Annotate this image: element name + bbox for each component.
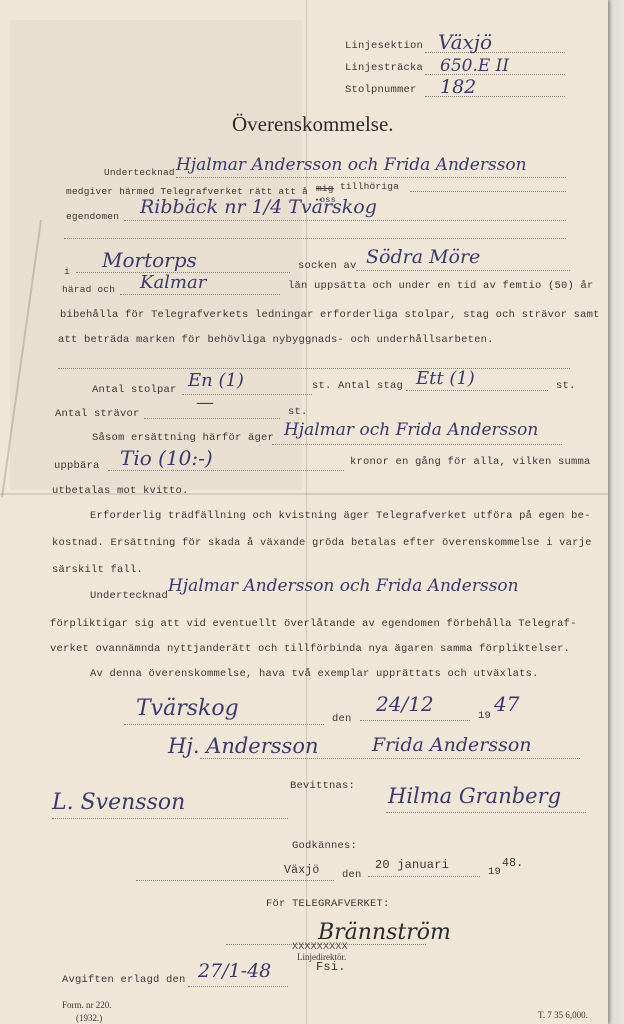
document-page: Linjesektion Växjö Linjesträcka 650.E II… — [0, 0, 608, 1024]
signature-hjalmar: Hj. Andersson — [168, 734, 319, 758]
harad-value: Kalmar — [140, 272, 206, 293]
stag-line — [406, 390, 548, 391]
st-unit-3: st. — [288, 406, 308, 418]
ersattning-label: Såsom ersättning härför äger — [92, 432, 274, 444]
uppbara-value: Tio (10:-) — [120, 446, 213, 470]
for-telegrafverket-label: För TELEGRAFVERKET: — [266, 898, 390, 910]
form-number: Form. nr 220. — [62, 1000, 112, 1010]
approval-date-line — [368, 876, 480, 877]
print-code: T. 7 35 6,000. — [538, 1010, 588, 1020]
signing-date-line — [360, 720, 470, 721]
linjestracka-label: Linjesträcka — [345, 62, 423, 74]
avgiften-label: Avgiften erlagd den — [62, 974, 186, 986]
stag-value: Ett (1) — [416, 368, 475, 389]
stravor-label: Antal strävor — [55, 408, 140, 420]
witness-2-line — [386, 812, 586, 813]
bevittnas-label: Bevittnas: — [290, 780, 355, 792]
section2-line3: Av denna överenskommelse, hava två exemp… — [90, 668, 539, 680]
approval-place-line — [136, 880, 334, 881]
i-value: Mortorps — [102, 248, 197, 272]
witness-2: Hilma Granberg — [388, 784, 561, 808]
undertecknade-line — [176, 177, 566, 178]
harad-label: härad och — [62, 284, 115, 295]
line-bibehalla: bibehålla för Telegrafverkets ledningar … — [60, 309, 600, 321]
undertecknade2-value: Hjalmar Andersson och Frida Andersson — [168, 576, 519, 596]
socken-line — [356, 270, 570, 271]
separator-line — [58, 368, 570, 369]
approval-year-prefix: 19 — [488, 866, 501, 878]
line-kronor: kronor en gång för alla, vilken summa — [350, 456, 591, 468]
avgiften-value: 27/1-48 — [198, 960, 271, 982]
ersattning-line — [272, 444, 562, 445]
stolpnummer-value: 182 — [440, 76, 476, 98]
signature-line — [200, 758, 580, 759]
ersattning-value: Hjalmar och Frida Andersson — [284, 420, 538, 440]
uppbara-label: uppbära — [54, 460, 100, 472]
stolpar-label: Antal stolpar — [92, 384, 177, 396]
socken-label: socken av — [298, 260, 357, 272]
undertecknade2-label: Undertecknad — [90, 590, 168, 602]
section2-line1: förpliktigar sig att vid eventuellt över… — [50, 618, 577, 630]
stag-label: st. Antal stag — [312, 380, 403, 392]
paragraph2-line1: Erforderlig trädfällning och kvistning ä… — [90, 510, 591, 522]
line-utbetalas: utbetalas mot kvitto. — [52, 485, 189, 497]
i-label: i — [64, 266, 70, 277]
witness-1: L. Svensson — [52, 790, 185, 815]
line-tillhoriga: tillhöriga — [340, 181, 399, 192]
linjesektion-label: Linjesektion — [345, 40, 423, 52]
harad-line — [120, 294, 280, 295]
tillhoriga-line — [410, 191, 566, 192]
linjesektion-value: Växjö — [438, 30, 492, 54]
document-title: Överenskommelse. — [232, 112, 394, 137]
witness-1-line — [52, 818, 288, 819]
godkannes-label: Godkännes: — [292, 840, 357, 852]
signing-den-label: den — [332, 713, 352, 725]
signing-place: Tvärskog — [136, 696, 239, 721]
approval-year: 48. — [502, 857, 523, 870]
struck-mig: mig — [316, 183, 334, 194]
signing-year: 47 — [494, 692, 519, 716]
avgiften-line — [188, 986, 288, 987]
line-lan: län uppsätta och under en tid av femtio … — [288, 280, 594, 292]
paragraph2-line3: särskilt fall. — [52, 564, 143, 576]
paragraph2-line2: kostnad. Ersättning för skada å växande … — [52, 537, 592, 549]
stravor-value: — — [196, 392, 214, 413]
egendomen-label: egendomen — [66, 211, 119, 222]
egendomen-line-2 — [64, 238, 566, 239]
stolpnummer-label: Stolpnummer — [345, 84, 417, 96]
stolpar-value: En (1) — [188, 370, 244, 391]
approval-den-label: den — [342, 869, 362, 881]
stravor-line — [144, 418, 280, 419]
linjestracka-value: 650.E II — [440, 56, 509, 76]
form-year: (1932.) — [76, 1013, 102, 1023]
undertecknade-label: Undertecknad — [104, 167, 175, 178]
approval-place: Växjö — [284, 864, 320, 877]
undertecknade-value: Hjalmar Andersson och Frida Andersson — [176, 155, 527, 175]
socken-value: Södra Möre — [366, 246, 480, 268]
approval-date: 20 januari — [375, 858, 449, 872]
fsi-label: Fsi. — [316, 960, 346, 974]
egendomen-value: Ribbäck nr 1/4 Tvärskog — [140, 196, 377, 218]
signing-place-line — [124, 724, 324, 725]
signing-date: 24/12 — [376, 692, 434, 716]
line-betrada: att beträda marken för behövliga nybyggn… — [58, 334, 494, 346]
signing-year-prefix: 19 — [478, 710, 491, 722]
st-unit-2: st. — [556, 380, 576, 392]
egendomen-line — [124, 220, 566, 221]
signature-frida: Frida Andersson — [372, 734, 532, 756]
section2-line2: verket ovannämnda nyttjanderätt och till… — [50, 643, 570, 655]
uppbara-line — [108, 470, 344, 471]
